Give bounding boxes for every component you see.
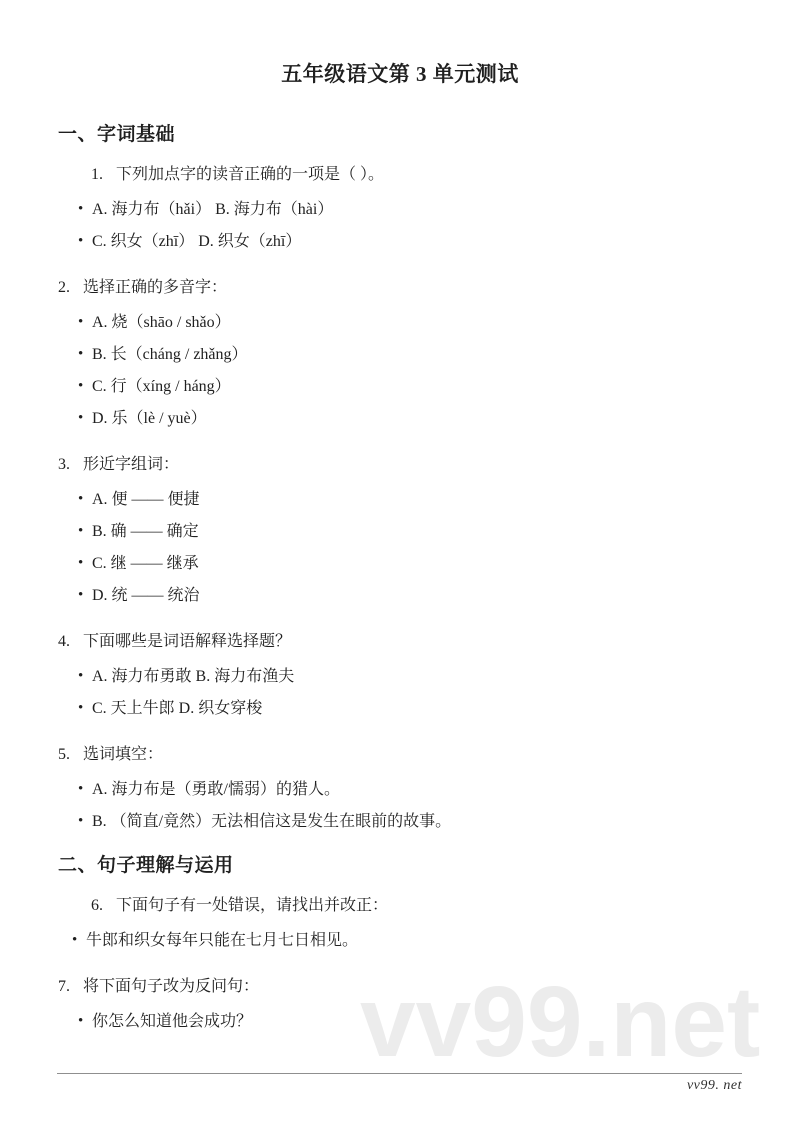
question-7: 7.将下面句子改为反问句：: [58, 976, 742, 997]
option-text: B. （简直/竟然）无法相信这是发生在眼前的故事。: [92, 811, 451, 832]
question-text: 下面句子有一处错误，请找出并改正：: [116, 897, 388, 914]
bullet-icon: •: [78, 698, 92, 719]
option-row: • A. 海力布勇敢 B. 海力布渔夫: [58, 666, 742, 687]
question-number: 4.: [58, 633, 70, 650]
bullet-icon: •: [78, 811, 92, 832]
bullet-icon: •: [72, 930, 86, 951]
bullet-icon: •: [78, 376, 92, 397]
question-text: 选择正确的多音字：: [83, 279, 227, 296]
option-text: C. 行（xíng / háng）: [92, 376, 231, 397]
section-heading-sentence-usage: 二、句子理解与运用: [58, 854, 742, 878]
option-text: C. 织女（zhī） D. 织女（zhī）: [92, 231, 301, 252]
question-number: 2.: [58, 279, 70, 296]
option-text: A. 便 —— 便捷: [92, 489, 200, 510]
bullet-icon: •: [78, 489, 92, 510]
option-text: D. 乐（lè / yuè）: [92, 408, 207, 429]
option-row: • D. 乐（lè / yuè）: [58, 408, 742, 429]
question-6: 6.下面句子有一处错误，请找出并改正：: [58, 895, 742, 916]
option-row: • C. 继 —— 继承: [58, 553, 742, 574]
option-text: C. 天上牛郎 D. 织女穿梭: [92, 698, 262, 719]
option-text: 你怎么知道他会成功？: [92, 1011, 252, 1032]
question-number: 3.: [58, 456, 70, 473]
question-text: 选词填空：: [83, 746, 163, 763]
question-2: 2.选择正确的多音字：: [58, 277, 742, 298]
option-row: • A. 便 —— 便捷: [58, 489, 742, 510]
bullet-icon: •: [78, 231, 92, 252]
option-text: C. 继 —— 继承: [92, 553, 199, 574]
bullet-icon: •: [78, 408, 92, 429]
question-number: 5.: [58, 746, 70, 763]
option-row: • B. （简直/竟然）无法相信这是发生在眼前的故事。: [58, 811, 742, 832]
bullet-icon: •: [78, 779, 92, 800]
question-text: 下面哪些是词语解释选择题？: [83, 633, 291, 650]
option-text: 牛郎和织女每年只能在七月七日相见。: [86, 930, 358, 951]
footer-divider: [57, 1073, 742, 1074]
question-text: 将下面句子改为反问句：: [83, 978, 259, 995]
question-3: 3.形近字组词：: [58, 454, 742, 475]
question-1: 1.下列加点字的读音正确的一项是（ ）。: [58, 164, 742, 185]
option-row: • B. 长（cháng / zhǎng）: [58, 344, 742, 365]
question-number: 6.: [91, 897, 103, 914]
bullet-icon: •: [78, 199, 92, 220]
option-row: • 你怎么知道他会成功？: [58, 1011, 742, 1032]
option-text: A. 海力布是（勇敢/懦弱）的猎人。: [92, 779, 340, 800]
option-text: D. 统 —— 统治: [92, 585, 200, 606]
bullet-icon: •: [78, 521, 92, 542]
footer-site-label: vv99. net: [687, 1078, 742, 1094]
option-row: • A. 海力布（hǎi） B. 海力布（hài）: [58, 199, 742, 220]
option-row: • B. 确 —— 确定: [58, 521, 742, 542]
option-text: A. 海力布（hǎi） B. 海力布（hài）: [92, 199, 333, 220]
option-row: • 牛郎和织女每年只能在七月七日相见。: [58, 930, 742, 951]
bullet-icon: •: [78, 585, 92, 606]
bullet-icon: •: [78, 1011, 92, 1032]
option-row: • C. 天上牛郎 D. 织女穿梭: [58, 698, 742, 719]
option-text: A. 海力布勇敢 B. 海力布渔夫: [92, 666, 294, 687]
option-row: • A. 海力布是（勇敢/懦弱）的猎人。: [58, 779, 742, 800]
option-text: A. 烧（shāo / shǎo）: [92, 312, 231, 333]
option-text: B. 确 —— 确定: [92, 521, 199, 542]
question-number: 1.: [91, 166, 103, 183]
question-text: 形近字组词：: [83, 456, 179, 473]
bullet-icon: •: [78, 344, 92, 365]
document-page: 五年级语文第 3 单元测试 一、字词基础 1.下列加点字的读音正确的一项是（ ）…: [0, 0, 800, 1032]
question-number: 7.: [58, 978, 70, 995]
option-row: • C. 行（xíng / háng）: [58, 376, 742, 397]
bullet-icon: •: [78, 312, 92, 333]
page-title: 五年级语文第 3 单元测试: [58, 0, 742, 88]
option-text: B. 长（cháng / zhǎng）: [92, 344, 248, 365]
bullet-icon: •: [78, 553, 92, 574]
section-heading-words-basics: 一、字词基础: [58, 123, 742, 147]
question-5: 5.选词填空：: [58, 744, 742, 765]
option-row: • D. 统 —— 统治: [58, 585, 742, 606]
question-text: 下列加点字的读音正确的一项是（ ）。: [116, 166, 384, 183]
option-row: • C. 织女（zhī） D. 织女（zhī）: [58, 231, 742, 252]
bullet-icon: •: [78, 666, 92, 687]
option-row: • A. 烧（shāo / shǎo）: [58, 312, 742, 333]
question-4: 4.下面哪些是词语解释选择题？: [58, 631, 742, 652]
